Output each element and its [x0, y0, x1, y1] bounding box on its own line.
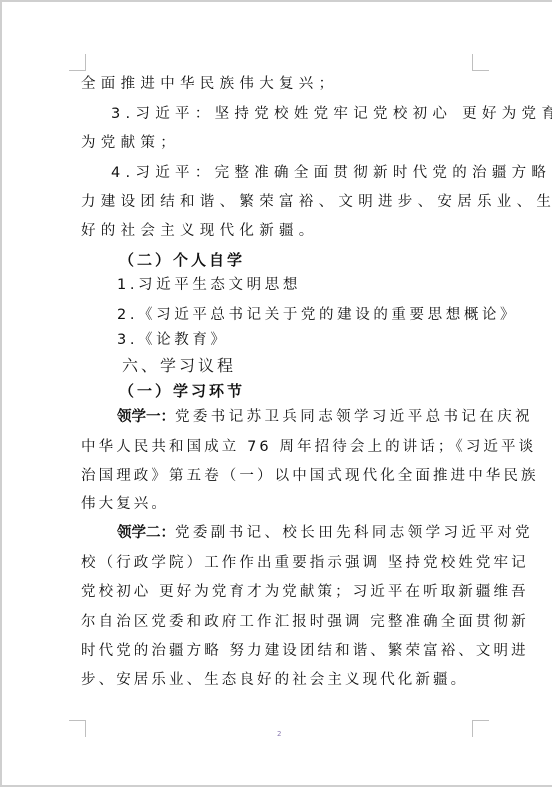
lead-study-2-label: 领学二： — [117, 524, 175, 541]
text-line: 步、安居乐业、生态良好的社会主义现代化新疆。 — [81, 670, 468, 690]
corner-mark-top-left-h — [69, 70, 86, 71]
document-page: 全面推进中华民族伟大复兴； 3.习近平：坚持党校姓党牢记党校初心 更好为党育才 … — [0, 0, 552, 787]
text-line: 党校初心 更好为党育才为党献策；习近平在听取新疆维吾 — [81, 582, 529, 602]
page-number: 2 — [277, 730, 281, 738]
text-line: 中华人民共和国成立 76 周年招待会上的讲话；《习近平谈 — [81, 437, 536, 457]
lead-study-1-text: 党委书记苏卫兵同志领学习近平总书记在庆祝 — [175, 409, 533, 425]
text-line: 治国理政》第五卷（一）以中国式现代化全面推进中华民族 — [81, 466, 539, 486]
lead-study-1-label: 领学一： — [117, 408, 175, 425]
text-line: 3.习近平：坚持党校姓党牢记党校初心 更好为党育才 — [111, 104, 552, 124]
text-line: 为党献策； — [81, 133, 180, 153]
text-line: 全面推进中华民族伟大复兴； — [81, 74, 338, 94]
section-heading-study-agenda: 六、学习议程 — [122, 356, 236, 376]
text-line: 领学一：党委书记苏卫兵同志领学习近平总书记在庆祝 — [117, 407, 533, 427]
corner-mark-bottom-left-v — [85, 720, 86, 737]
corner-mark-top-right-v — [472, 54, 473, 71]
study-item-3: 3.《论教育》 — [117, 330, 229, 350]
text-line: 尔自治区党委和政府工作汇报时强调 完整准确全面贯彻新 — [81, 612, 529, 632]
corner-mark-top-right-h — [472, 70, 489, 71]
text-line: 4.习近平：完整准确全面贯彻新时代党的治疆方略 努 — [111, 163, 552, 183]
text-line: 校（行政学院）工作作出重要指示强调 坚持党校姓党牢记 — [81, 553, 529, 573]
text-line: 好的社会主义现代化新疆。 — [81, 221, 319, 241]
text-line: 领学二：党委副书记、校长田先科同志领学习近平对党 — [117, 523, 533, 543]
subsection-heading-study-session: （一）学习环节 — [119, 381, 245, 401]
corner-mark-bottom-left-h — [69, 720, 86, 721]
study-item-1: 1.习近平生态文明思想 — [117, 275, 301, 295]
corner-mark-bottom-right-h — [472, 720, 489, 721]
lead-study-2-text: 党委副书记、校长田先科同志领学习近平对党 — [175, 525, 533, 541]
text-line: 力建设团结和谐、繁荣富裕、文明进步、安居乐业、生态良 — [81, 192, 552, 212]
text-line: 伟大复兴。 — [81, 494, 169, 514]
corner-mark-top-left-v — [85, 54, 86, 71]
subsection-heading-personal-study: （二）个人自学 — [119, 250, 245, 270]
corner-mark-bottom-right-v — [472, 720, 473, 737]
text-line: 时代党的治疆方略 努力建设团结和谐、繁荣富裕、文明进 — [81, 641, 529, 661]
study-item-2: 2.《习近平总书记关于党的建设的重要思想概论》 — [117, 305, 518, 325]
